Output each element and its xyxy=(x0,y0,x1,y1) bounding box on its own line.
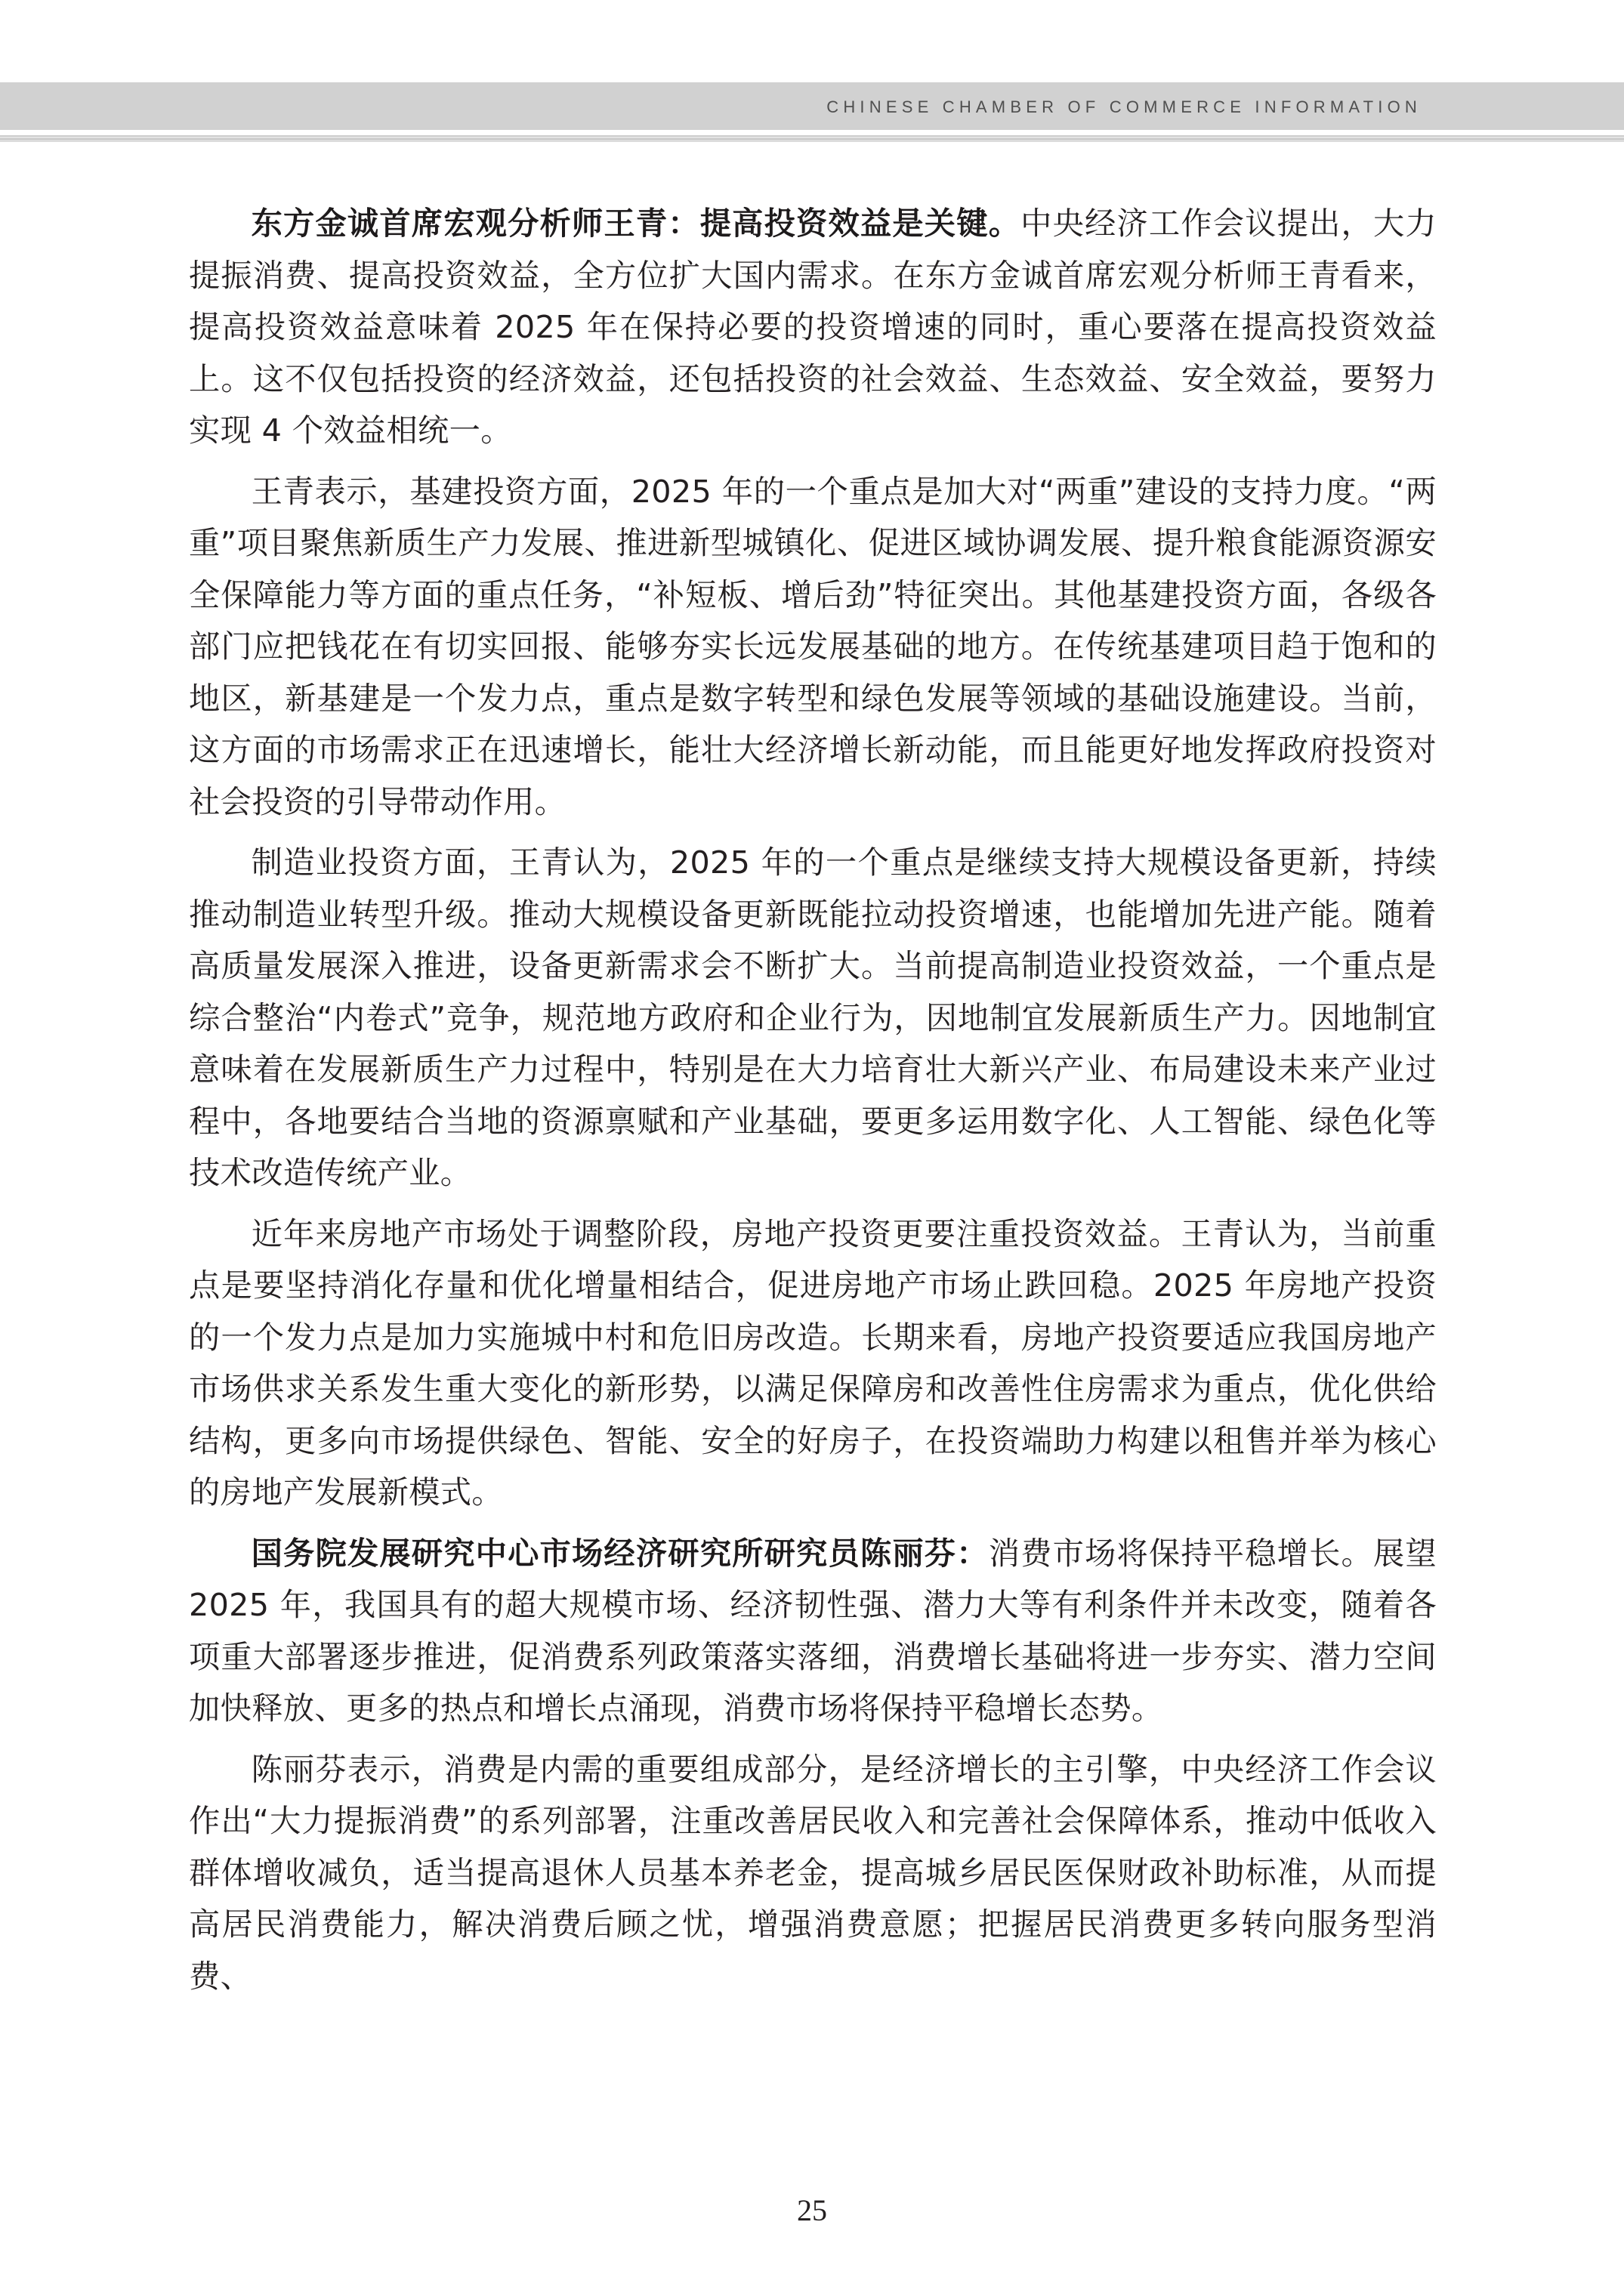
paragraph-text: 近年来房地产市场处于调整阶段，房地产投资更要注重投资效益。王青认为，当前重点是要… xyxy=(189,1216,1437,1511)
article-body: 东方金诚首席宏观分析师王青：提高投资效益是关键。中央经济工作会议提出，大力提振消… xyxy=(189,198,1437,2002)
page-number: 25 xyxy=(0,2196,1624,2226)
paragraph-lead-heading: 国务院发展研究中心市场经济研究所研究员陈丽芬： xyxy=(252,1535,989,1572)
paragraph-text: 中央经济工作会议提出，大力提振消费、提高投资效益，全方位扩大国内需求。在东方金诚… xyxy=(189,205,1437,449)
paragraph-wang-qing-intro: 东方金诚首席宏观分析师王青：提高投资效益是关键。中央经济工作会议提出，大力提振消… xyxy=(189,198,1437,457)
paragraph-text: 制造业投资方面，王青认为，2025 年的一个重点是继续支持大规模设备更新，持续推… xyxy=(189,844,1437,1191)
paragraph-manufacturing-investment: 制造业投资方面，王青认为，2025 年的一个重点是继续支持大规模设备更新，持续推… xyxy=(189,837,1437,1199)
paragraph-chen-lifen-intro: 国务院发展研究中心市场经济研究所研究员陈丽芬：消费市场将保持平稳增长。展望 20… xyxy=(189,1528,1437,1735)
paragraph-infrastructure-investment: 王青表示，基建投资方面，2025 年的一个重点是加大对“两重”建设的支持力度。“… xyxy=(189,466,1437,829)
paragraph-text: 陈丽芬表示，消费是内需的重要组成部分，是经济增长的主引擎，中央经济工作会议作出“… xyxy=(189,1751,1437,1995)
header-divider xyxy=(0,135,1624,142)
publication-title: CHINESE CHAMBER OF COMMERCE INFORMATION xyxy=(826,99,1422,116)
paragraph-lead-heading: 东方金诚首席宏观分析师王青：提高投资效益是关键。 xyxy=(252,205,1021,242)
paragraph-consumption-policy: 陈丽芬表示，消费是内需的重要组成部分，是经济增长的主引擎，中央经济工作会议作出“… xyxy=(189,1744,1437,2003)
paragraph-text: 王青表示，基建投资方面，2025 年的一个重点是加大对“两重”建设的支持力度。“… xyxy=(189,474,1437,820)
running-header-band: CHINESE CHAMBER OF COMMERCE INFORMATION xyxy=(0,82,1624,130)
paragraph-real-estate-investment: 近年来房地产市场处于调整阶段，房地产投资更要注重投资效益。王青认为，当前重点是要… xyxy=(189,1208,1437,1519)
